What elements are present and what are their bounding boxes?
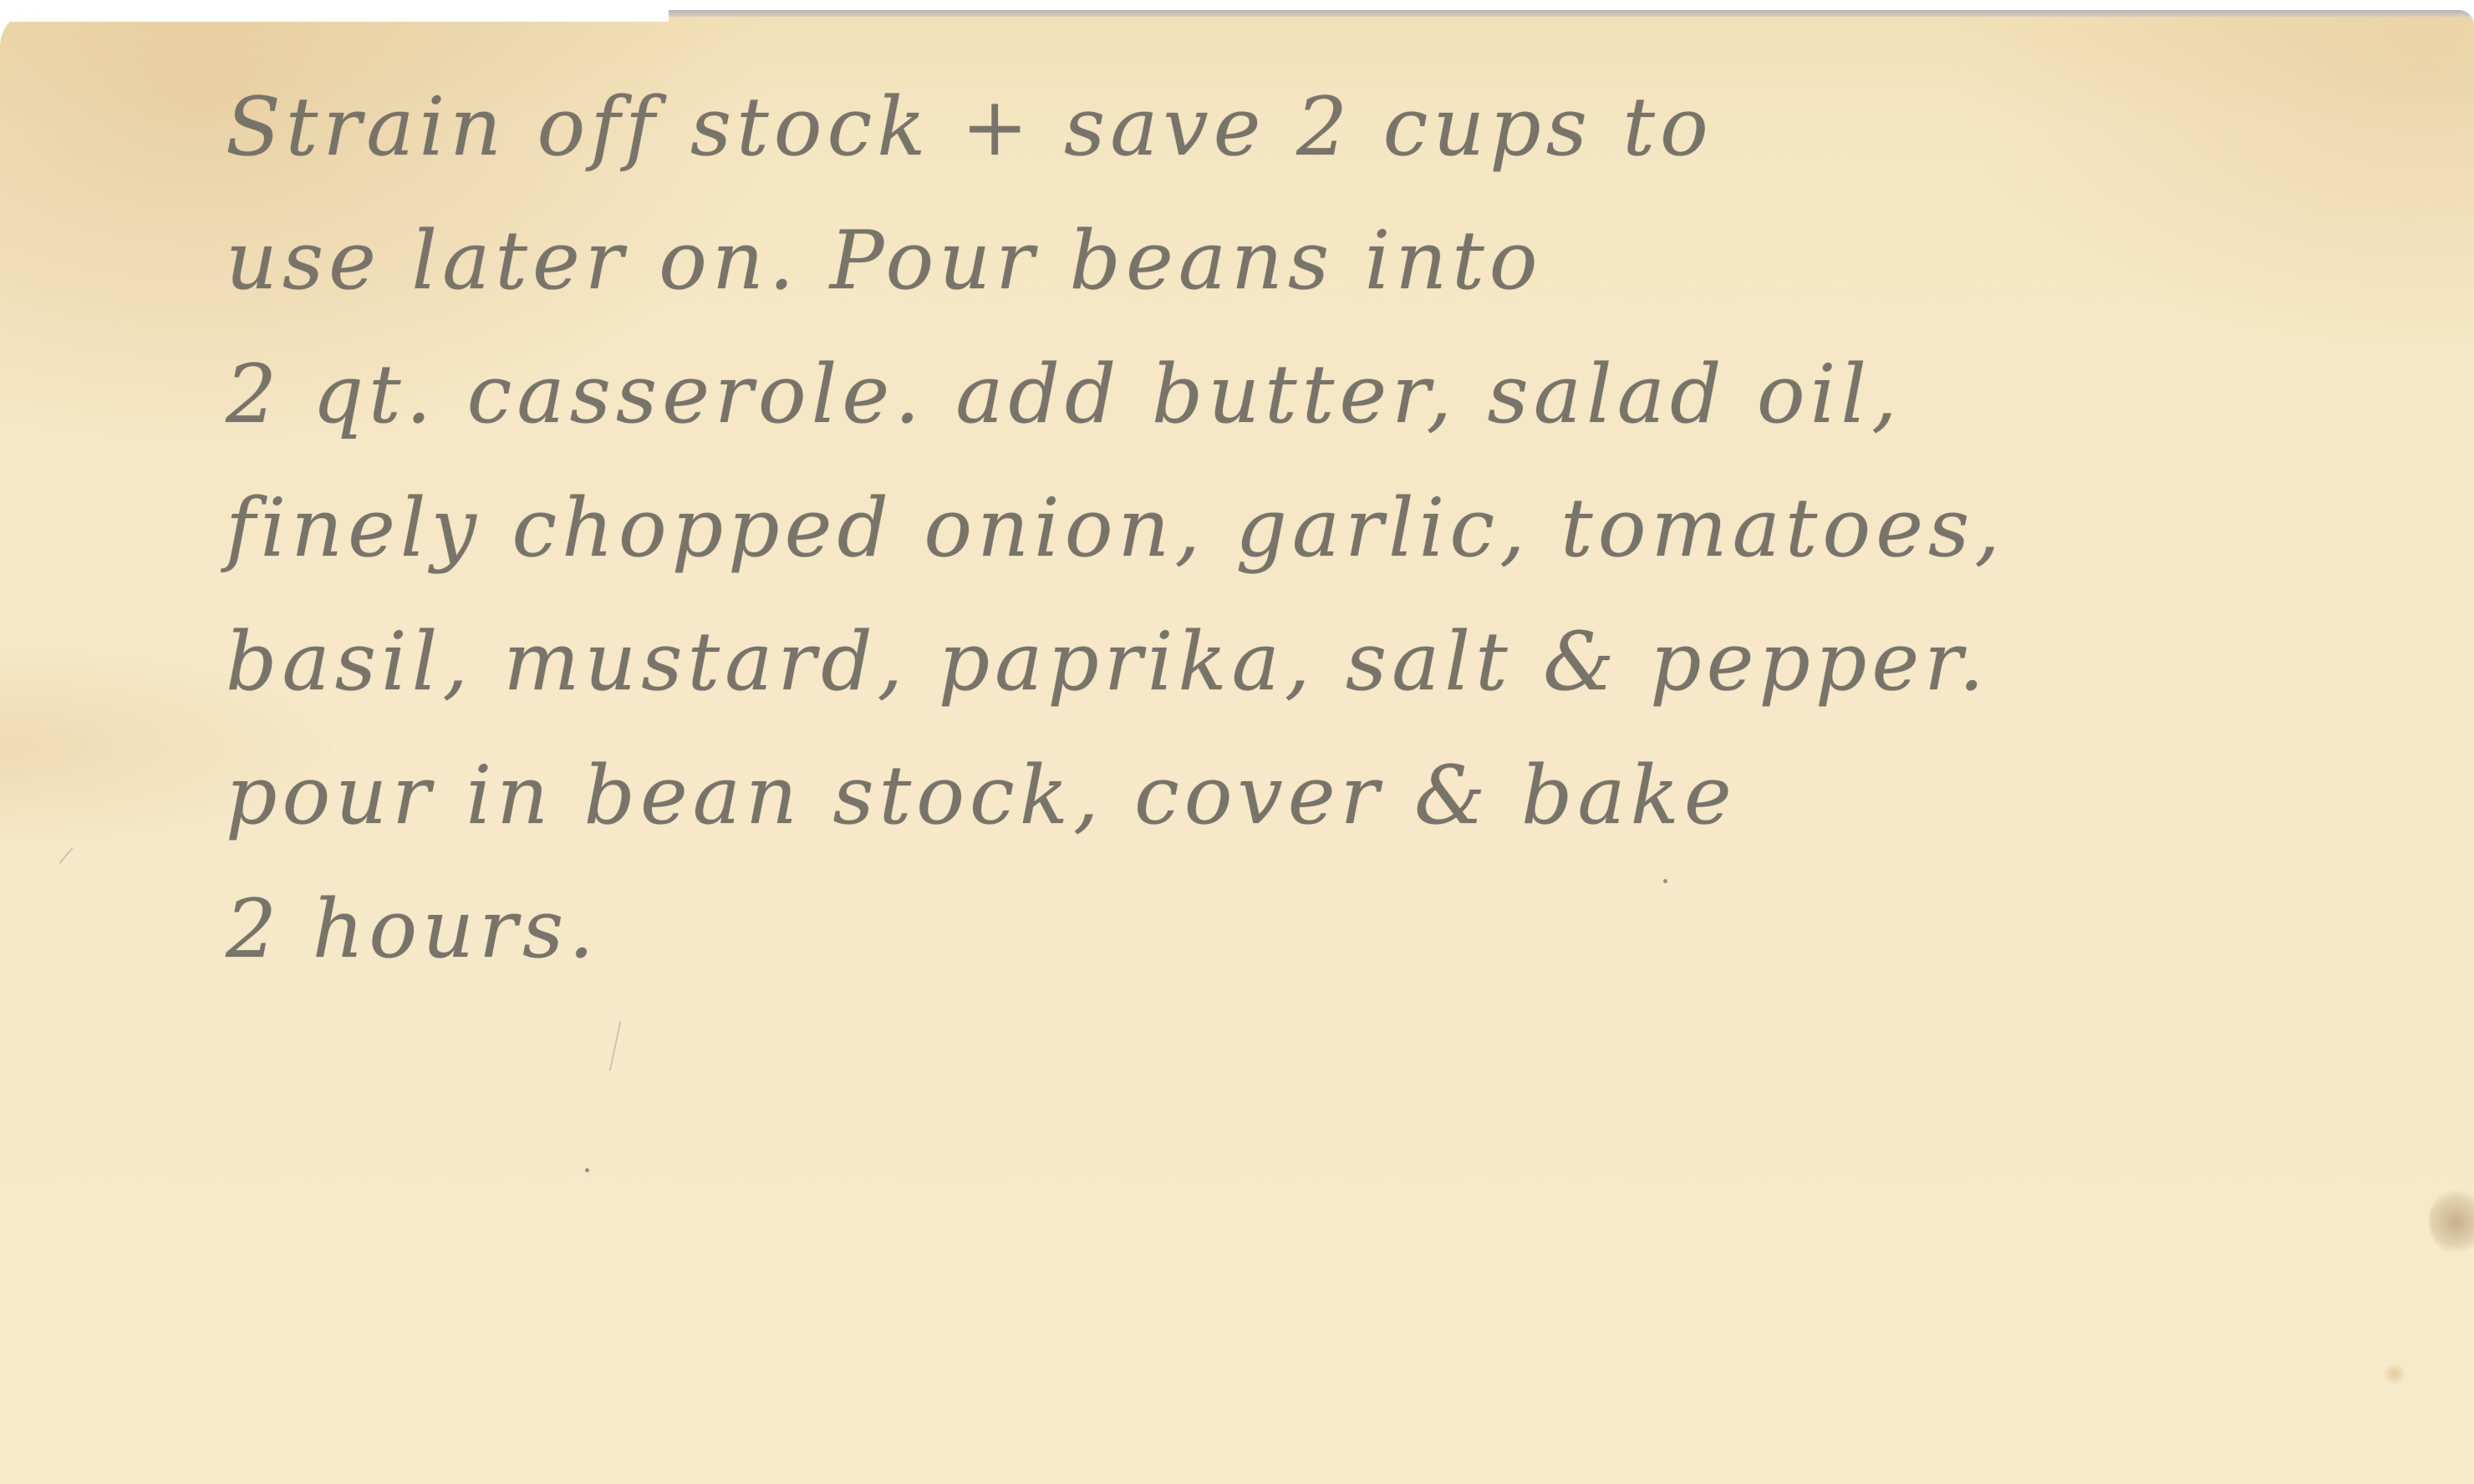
card-top-edge [669, 10, 2474, 17]
text-line-7: 2 hours. [226, 862, 2432, 996]
handwritten-text: Strain off stock + save 2 cups to use la… [226, 60, 2432, 996]
pencil-dot [1663, 879, 1667, 883]
text-line-6: pour in bean stock, cover & bake [226, 729, 2432, 862]
card-top-notch [0, 10, 669, 22]
pencil-dot [585, 1168, 589, 1172]
text-line-3: 2 qt. casserole. add butter, salad oil, [226, 328, 2432, 461]
paper-spot [2382, 1364, 2407, 1384]
text-line-4: finely chopped onion, garlic, tomatoes, [226, 461, 2432, 595]
text-line-1: Strain off stock + save 2 cups to [226, 60, 2432, 194]
recipe-card: Strain off stock + save 2 cups to use la… [0, 10, 2474, 1484]
pencil-stray-mark [59, 847, 74, 864]
text-line-2: use later on. Pour beans into [226, 194, 2432, 328]
text-line-5: basil, mustard, paprika, salt & pepper. [226, 595, 2432, 729]
stain-mark [2429, 1188, 2474, 1255]
pencil-stray-mark [609, 1021, 621, 1070]
